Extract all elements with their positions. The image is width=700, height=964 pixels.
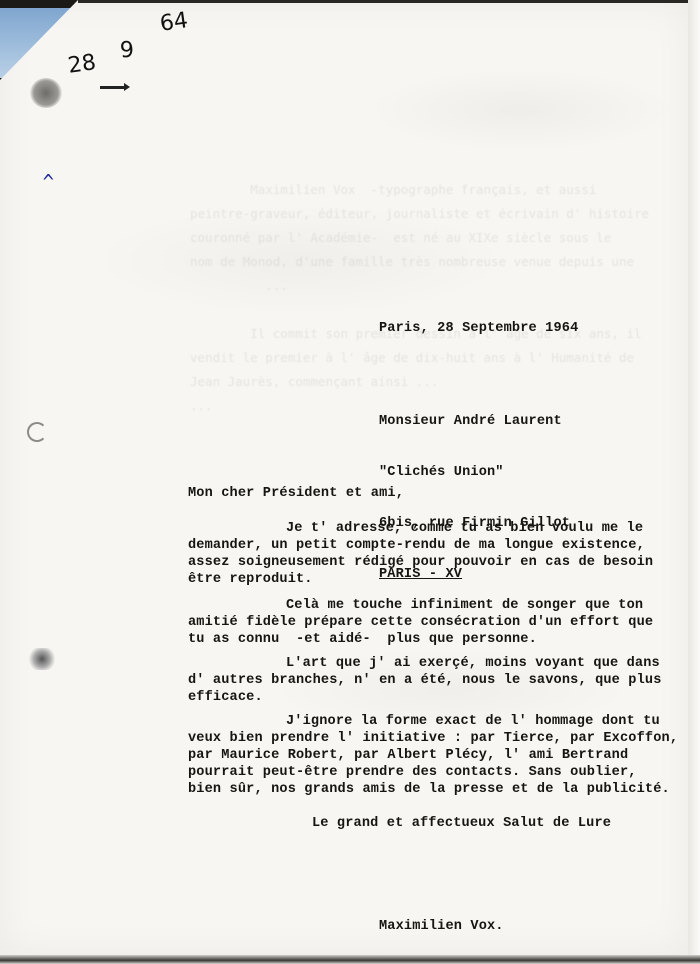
- handwritten-month: 9: [119, 38, 135, 64]
- paragraph: Je t' adresse, comme tu as bien voulu me…: [188, 520, 653, 588]
- paragraph-line: L'art que j' ai exerçé, moins voyant que…: [188, 655, 662, 672]
- paragraph-line: demander, un petit compte-rendu de ma lo…: [188, 537, 653, 554]
- paragraph-line: veux bien prendre l' initiative : par Ti…: [188, 730, 678, 747]
- paragraph-line: par Maurice Robert, par Albert Plécy, l'…: [188, 747, 678, 764]
- signature: Maximilien Vox.: [379, 918, 504, 935]
- paragraph-line: Je t' adresse, comme tu as bien voulu me…: [188, 520, 653, 537]
- closing: Le grand et affectueux Salut de Lure: [312, 815, 611, 832]
- paragraph-line: efficace.: [188, 689, 662, 706]
- page-right-edge: [688, 0, 700, 964]
- page-top-edge: [78, 0, 700, 3]
- page-bottom-edge: [0, 955, 700, 964]
- dateline: Paris, 28 Septembre 1964: [379, 320, 578, 337]
- ink-smudge: [30, 78, 62, 108]
- recipient-company: "Clichés Union": [379, 464, 570, 481]
- paragraph: J'ignore la forme exact de l' hommage do…: [188, 713, 678, 798]
- paragraph-line: amitié fidèle prépare cette consécration…: [188, 614, 653, 631]
- letter-page: [0, 0, 690, 955]
- paragraph-line: assez soigneusement rédigé pour pouvoir …: [188, 554, 653, 571]
- paragraph-line: tu as connu -et aidé- plus que personne.: [188, 631, 653, 648]
- arrow-icon: [100, 86, 126, 89]
- paragraph-line: bien sûr, nos grands amis de la presse e…: [188, 781, 678, 798]
- caret-mark-icon: ^: [42, 170, 55, 194]
- salutation: Mon cher Président et ami,: [188, 485, 404, 502]
- paragraph-line: être reproduit.: [188, 571, 653, 588]
- ink-blot: [28, 648, 56, 670]
- paragraph-line: pourrait peut-être prendre des contacts.…: [188, 764, 678, 781]
- paragraph-line: J'ignore la forme exact de l' hommage do…: [188, 713, 678, 730]
- paragraph: L'art que j' ai exerçé, moins voyant que…: [188, 655, 662, 706]
- recipient-name: Monsieur André Laurent: [379, 413, 570, 430]
- paragraph: Celà me touche infiniment de songer que …: [188, 597, 653, 648]
- punch-hole-mark: [27, 422, 47, 442]
- handwritten-year: 64: [158, 8, 189, 37]
- paragraph-line: d' autres branches, n' en a été, nous le…: [188, 672, 662, 689]
- paragraph-line: Celà me touche infiniment de songer que …: [188, 597, 653, 614]
- handwritten-day: 28: [66, 50, 97, 79]
